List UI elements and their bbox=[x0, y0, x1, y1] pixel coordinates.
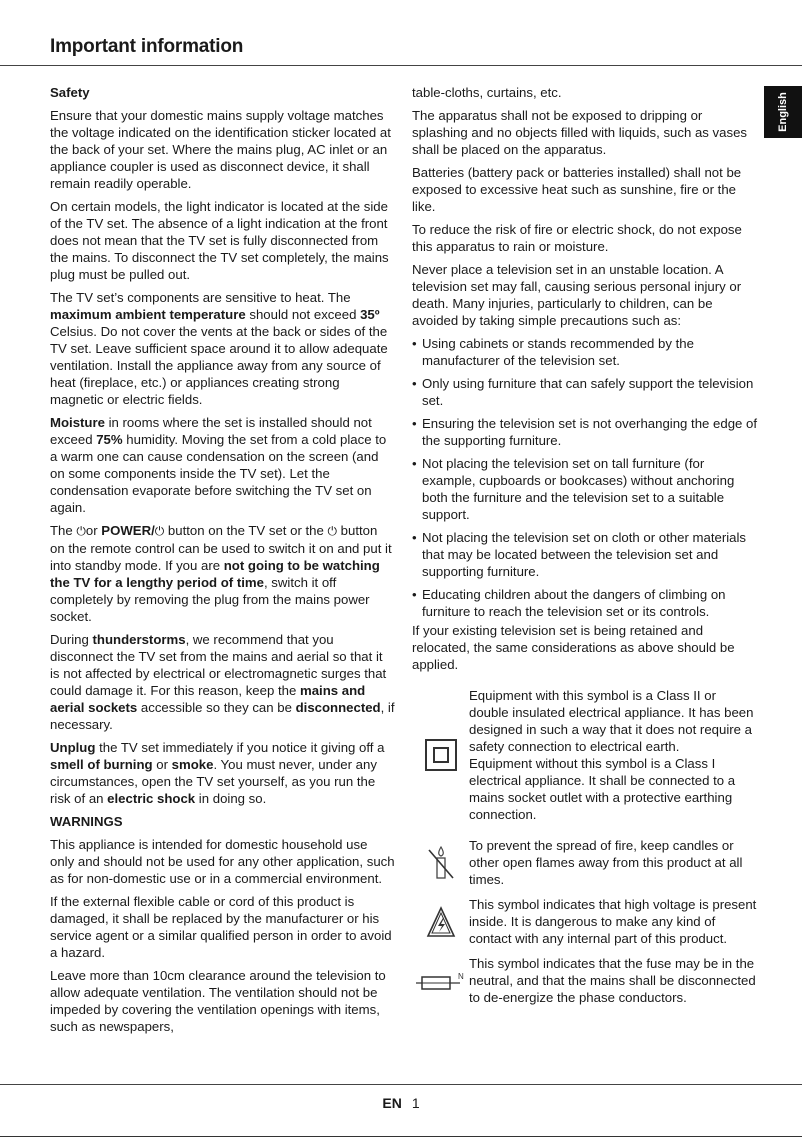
page-footer: EN1 bbox=[0, 1095, 802, 1111]
precautions-list: •Using cabinets or stands recommended by… bbox=[412, 335, 758, 620]
symbol-fuse-neutral: N This symbol indicates that the fuse ma… bbox=[412, 955, 758, 1006]
paragraph-thunderstorms: During thunderstorms, we recommend that … bbox=[50, 631, 395, 733]
no-candle-icon bbox=[412, 837, 469, 888]
list-item: •Ensuring the television set is not over… bbox=[412, 415, 758, 449]
footer-divider bbox=[0, 1084, 802, 1085]
page-number: 1 bbox=[412, 1095, 420, 1111]
header-divider bbox=[0, 65, 802, 66]
right-column: table-cloths, curtains, etc. The apparat… bbox=[412, 84, 758, 1014]
paragraph-batteries: Batteries (battery pack or batteries ins… bbox=[412, 164, 758, 215]
warning-ventilation: Leave more than 10cm clearance around th… bbox=[50, 967, 395, 1035]
fuse-neutral-icon: N bbox=[412, 955, 469, 1006]
paragraph-moisture: Moisture in rooms where the set is insta… bbox=[50, 414, 395, 516]
paragraph-relocated: If your existing television set is being… bbox=[412, 622, 758, 673]
warning-cable: If the external flexible cable or cord o… bbox=[50, 893, 395, 961]
warning-domestic-use: This appliance is intended for domestic … bbox=[50, 836, 395, 887]
paragraph-heat: The TV set’s components are sensitive to… bbox=[50, 289, 395, 408]
paragraph-rain: To reduce the risk of fire or electric s… bbox=[412, 221, 758, 255]
warnings-heading: WARNINGS bbox=[50, 813, 395, 830]
power-icon: ⏻ bbox=[76, 523, 86, 540]
symbol-high-voltage: This symbol indicates that high voltage … bbox=[412, 896, 758, 947]
symbol-no-candle: To prevent the spread of fire, keep cand… bbox=[412, 837, 758, 888]
language-tab: English bbox=[764, 86, 802, 138]
paragraph-standby: The ⏻or POWER/⏻ button on the TV set or … bbox=[50, 522, 395, 625]
paragraph-dripping: The apparatus shall not be exposed to dr… bbox=[412, 107, 758, 158]
power-icon: ⏻ bbox=[155, 523, 165, 540]
footer-bottom-divider bbox=[0, 1136, 802, 1137]
paragraph-mains-voltage: Ensure that your domestic mains supply v… bbox=[50, 107, 395, 192]
paragraph-ventilation-continued: table-cloths, curtains, etc. bbox=[412, 84, 758, 101]
svg-text:N: N bbox=[458, 972, 464, 981]
list-item: •Using cabinets or stands recommended by… bbox=[412, 335, 758, 369]
list-item: •Only using furniture that can safely su… bbox=[412, 375, 758, 409]
page-title: Important information bbox=[50, 36, 243, 58]
left-column: Safety Ensure that your domestic mains s… bbox=[50, 84, 395, 1041]
language-tab-label: English bbox=[777, 92, 789, 132]
power-icon: ⏻ bbox=[328, 523, 338, 540]
paragraph-unstable-location: Never place a television set in an unsta… bbox=[412, 261, 758, 329]
high-voltage-triangle-icon bbox=[412, 896, 469, 947]
symbol-class-ii: Equipment with this symbol is a Class II… bbox=[412, 687, 758, 823]
safety-heading: Safety bbox=[50, 84, 395, 101]
paragraph-light-indicator: On certain models, the light indicator i… bbox=[50, 198, 395, 283]
list-item: •Not placing the television set on tall … bbox=[412, 455, 758, 523]
class-ii-double-square-icon bbox=[412, 687, 469, 823]
list-item: •Educating children about the dangers of… bbox=[412, 586, 758, 620]
footer-language: EN bbox=[382, 1095, 401, 1111]
paragraph-unplug: Unplug the TV set immediately if you not… bbox=[50, 739, 395, 807]
list-item: •Not placing the television set on cloth… bbox=[412, 529, 758, 580]
